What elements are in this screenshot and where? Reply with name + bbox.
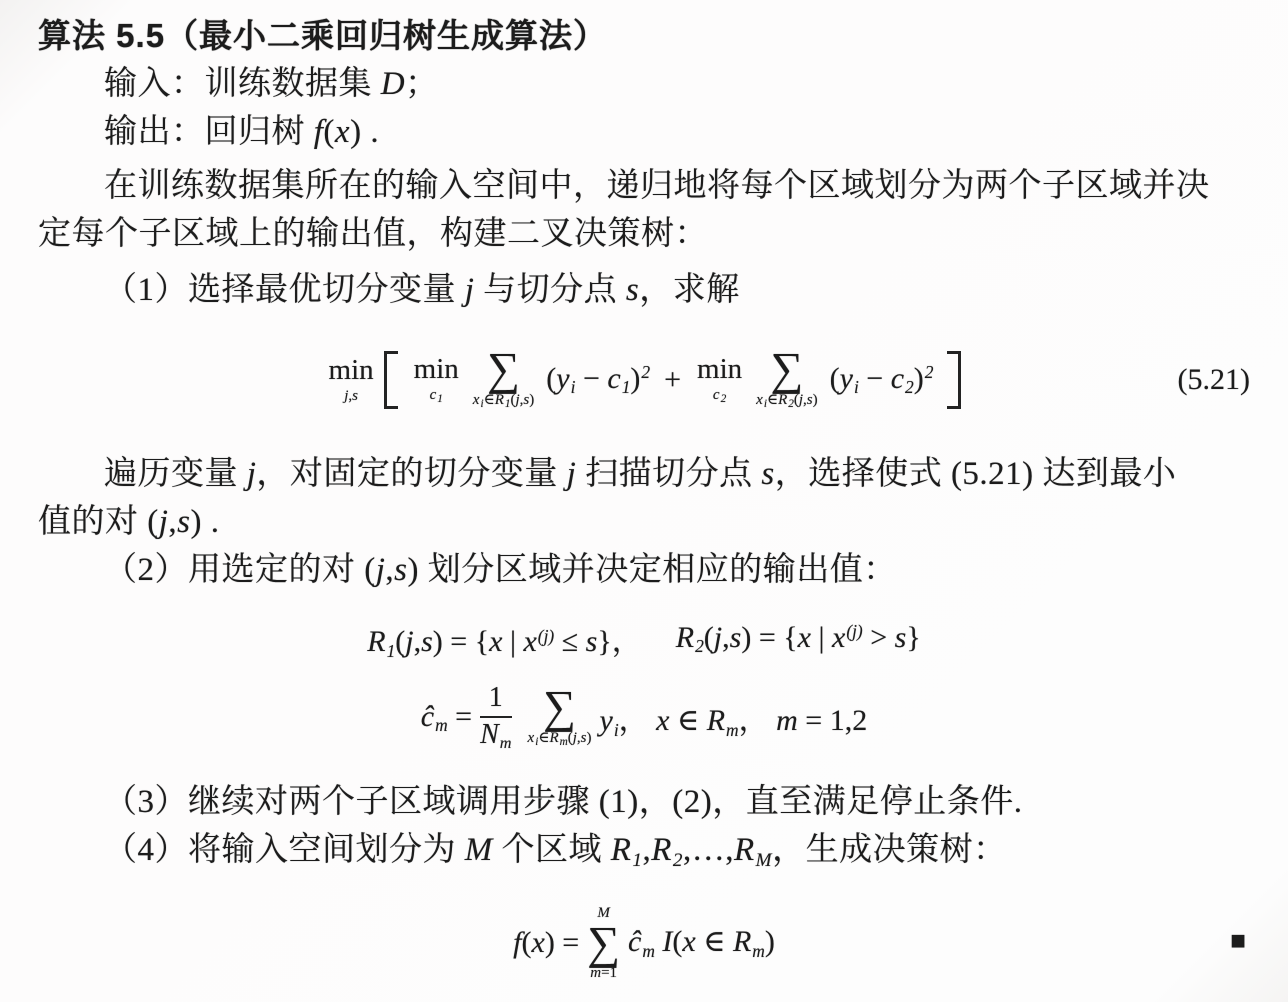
- min-operator-outer: min j,s: [329, 356, 374, 405]
- fraction-bar: [480, 716, 511, 718]
- traverse-line-2: 值的对 (j,s) .: [38, 498, 1250, 546]
- plus-sign: +: [664, 363, 681, 397]
- sum-operator-rm: ∑ xi∈Rm(j,s): [528, 687, 592, 748]
- equation-5-21-body: min j,s min c1 ∑ xi∈R1(j,s) (yi − c1)2 +…: [323, 349, 966, 410]
- fraction-one-over-nm: 1 Nm: [480, 683, 511, 753]
- textbook-page: 算法 5.5（最小二乘回归树生成算法） 输入：训练数据集 D； 输出：回归树 f…: [0, 0, 1288, 1002]
- sum-operator-m: M ∑ m=1: [587, 905, 620, 982]
- intro-line-1: 在训练数据集所在的输入空间中，递归地将每个区域划分为两个子区域并决: [38, 162, 1250, 210]
- sigma-icon: ∑: [770, 349, 803, 388]
- fx-lhs: f(x) =: [513, 926, 579, 960]
- squared-term-1: (yi − c1)2: [546, 362, 650, 399]
- region-1-definition: R1(j,s) = {x | x(j) ≤ s}，: [367, 616, 642, 662]
- sigma-icon: ∑: [487, 349, 520, 388]
- input-line: 输入：训练数据集 D；: [38, 60, 1250, 108]
- left-square-bracket: [384, 351, 398, 408]
- fx-rhs: ĉm I(x ∈ Rm): [628, 924, 775, 962]
- traverse-line-1: 遍历变量 j，对固定的切分变量 j 扫描切分点 s，选择使式 (5.21) 达到…: [38, 450, 1250, 498]
- end-of-algorithm-marker: ■: [1230, 928, 1246, 954]
- equation-c-hat: ĉm = 1 Nm ∑ xi∈Rm(j,s) yi， x ∈ Rm， m = 1…: [38, 668, 1250, 768]
- equation-number: (5.21): [1178, 363, 1250, 397]
- equation-5-21: min j,s min c1 ∑ xi∈R1(j,s) (yi − c1)2 +…: [38, 324, 1250, 436]
- sum-operator-r1: ∑ xi∈R1(j,s): [473, 349, 534, 410]
- equation-fx: f(x) = M ∑ m=1 ĉm I(x ∈ Rm) ■: [38, 887, 1250, 999]
- step-1-line: （1）选择最优切分变量 j 与切分点 s，求解: [38, 266, 1250, 314]
- region-2-definition: R2(j,s) = {x | x(j) > s}: [676, 621, 921, 658]
- equation-regions: R1(j,s) = {x | x(j) ≤ s}， R2(j,s) = {x |…: [38, 610, 1250, 668]
- algorithm-title: 算法 5.5（最小二乘回归树生成算法）: [38, 12, 1250, 60]
- output-line: 输出：回归树 f(x) .: [38, 108, 1250, 156]
- step-3-line: （3）继续对两个子区域调用步骤 (1)，(2)，直至满足停止条件.: [38, 778, 1250, 826]
- right-square-bracket: [947, 351, 961, 408]
- min-operator-c2: min c2: [697, 355, 742, 406]
- step-2-line: （2）用选定的对 (j,s) 划分区域并决定相应的输出值：: [38, 546, 1250, 594]
- sigma-icon: ∑: [587, 923, 620, 962]
- step-4-line: （4）将输入空间划分为 M 个区域 R1,R2,…,RM，生成决策树：: [38, 826, 1250, 885]
- min-operator-c1: min c1: [414, 355, 459, 406]
- c-hat-rhs: yi， x ∈ Rm， m = 1,2: [600, 695, 868, 741]
- sigma-icon: ∑: [543, 687, 576, 726]
- c-hat-lhs: ĉm =: [421, 700, 472, 737]
- sum-operator-r2: ∑ xi∈R2(j,s): [756, 349, 817, 410]
- intro-line-2: 定每个子区域上的输出值，构建二叉决策树：: [38, 210, 1250, 258]
- squared-term-2: (yi − c2)2: [830, 362, 934, 399]
